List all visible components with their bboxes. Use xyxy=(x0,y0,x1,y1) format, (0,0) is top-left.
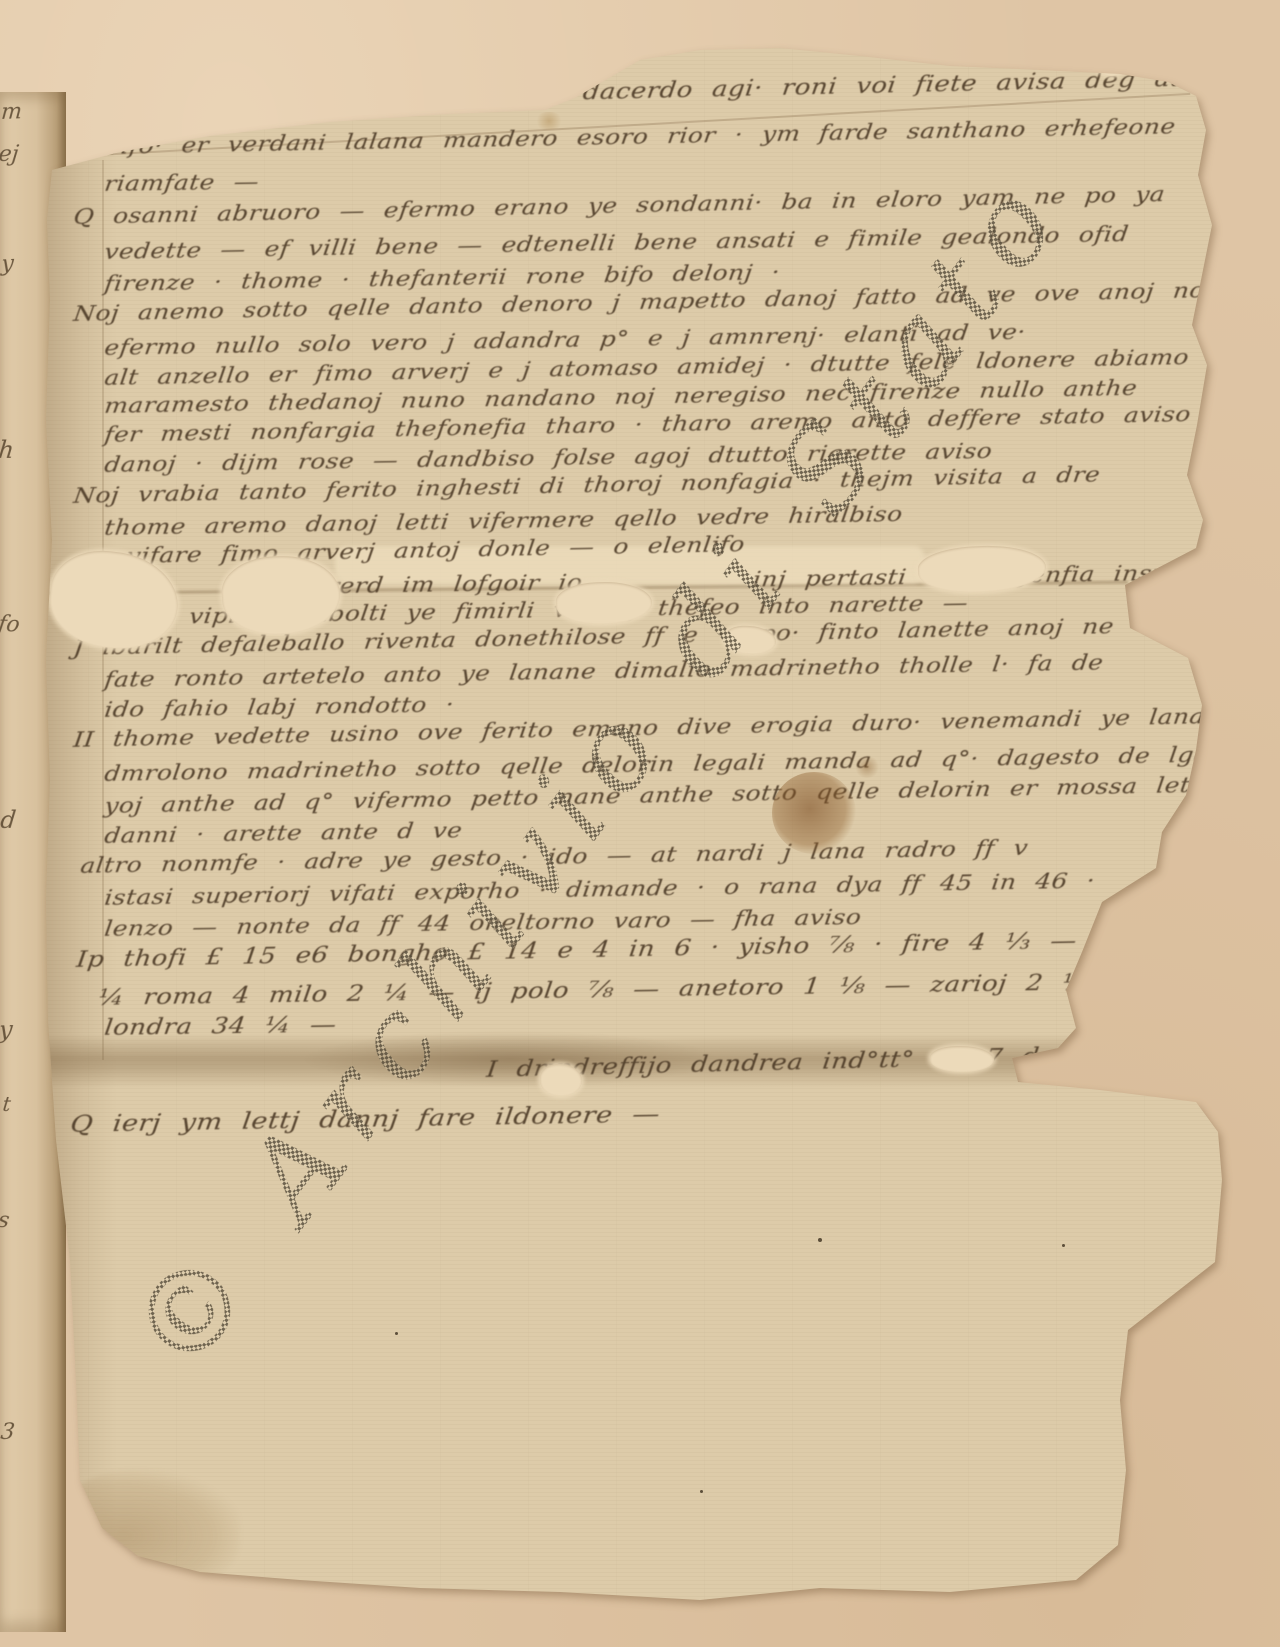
sheet-wrap: Q thomberto solicitate — deffere dacerdo… xyxy=(0,0,1280,1647)
speck xyxy=(818,1238,822,1242)
handwritten-line: riamfate — xyxy=(103,170,261,196)
ink-stain xyxy=(772,772,856,854)
manuscript-scan: mejyhfodyts3 Q thomberto solicitate — de… xyxy=(0,0,1280,1647)
faded-stain-top xyxy=(534,112,564,130)
manuscript-sheet: Q thomberto solicitate — deffere dacerdo… xyxy=(0,0,1280,1647)
ink-stain-small xyxy=(854,756,880,778)
handwritten-line: londra 34 ¼ — xyxy=(103,1013,338,1041)
pen-tick: ˊ xyxy=(642,30,651,51)
paper-hole xyxy=(930,1046,994,1072)
paper-hole xyxy=(540,1064,582,1096)
bottom-left-smudge xyxy=(60,1470,240,1590)
speck xyxy=(1062,1244,1065,1247)
paper-hole xyxy=(1098,58,1124,76)
speck xyxy=(700,1490,703,1493)
speck xyxy=(395,1332,398,1335)
pen-tick: ʼ xyxy=(204,58,210,79)
